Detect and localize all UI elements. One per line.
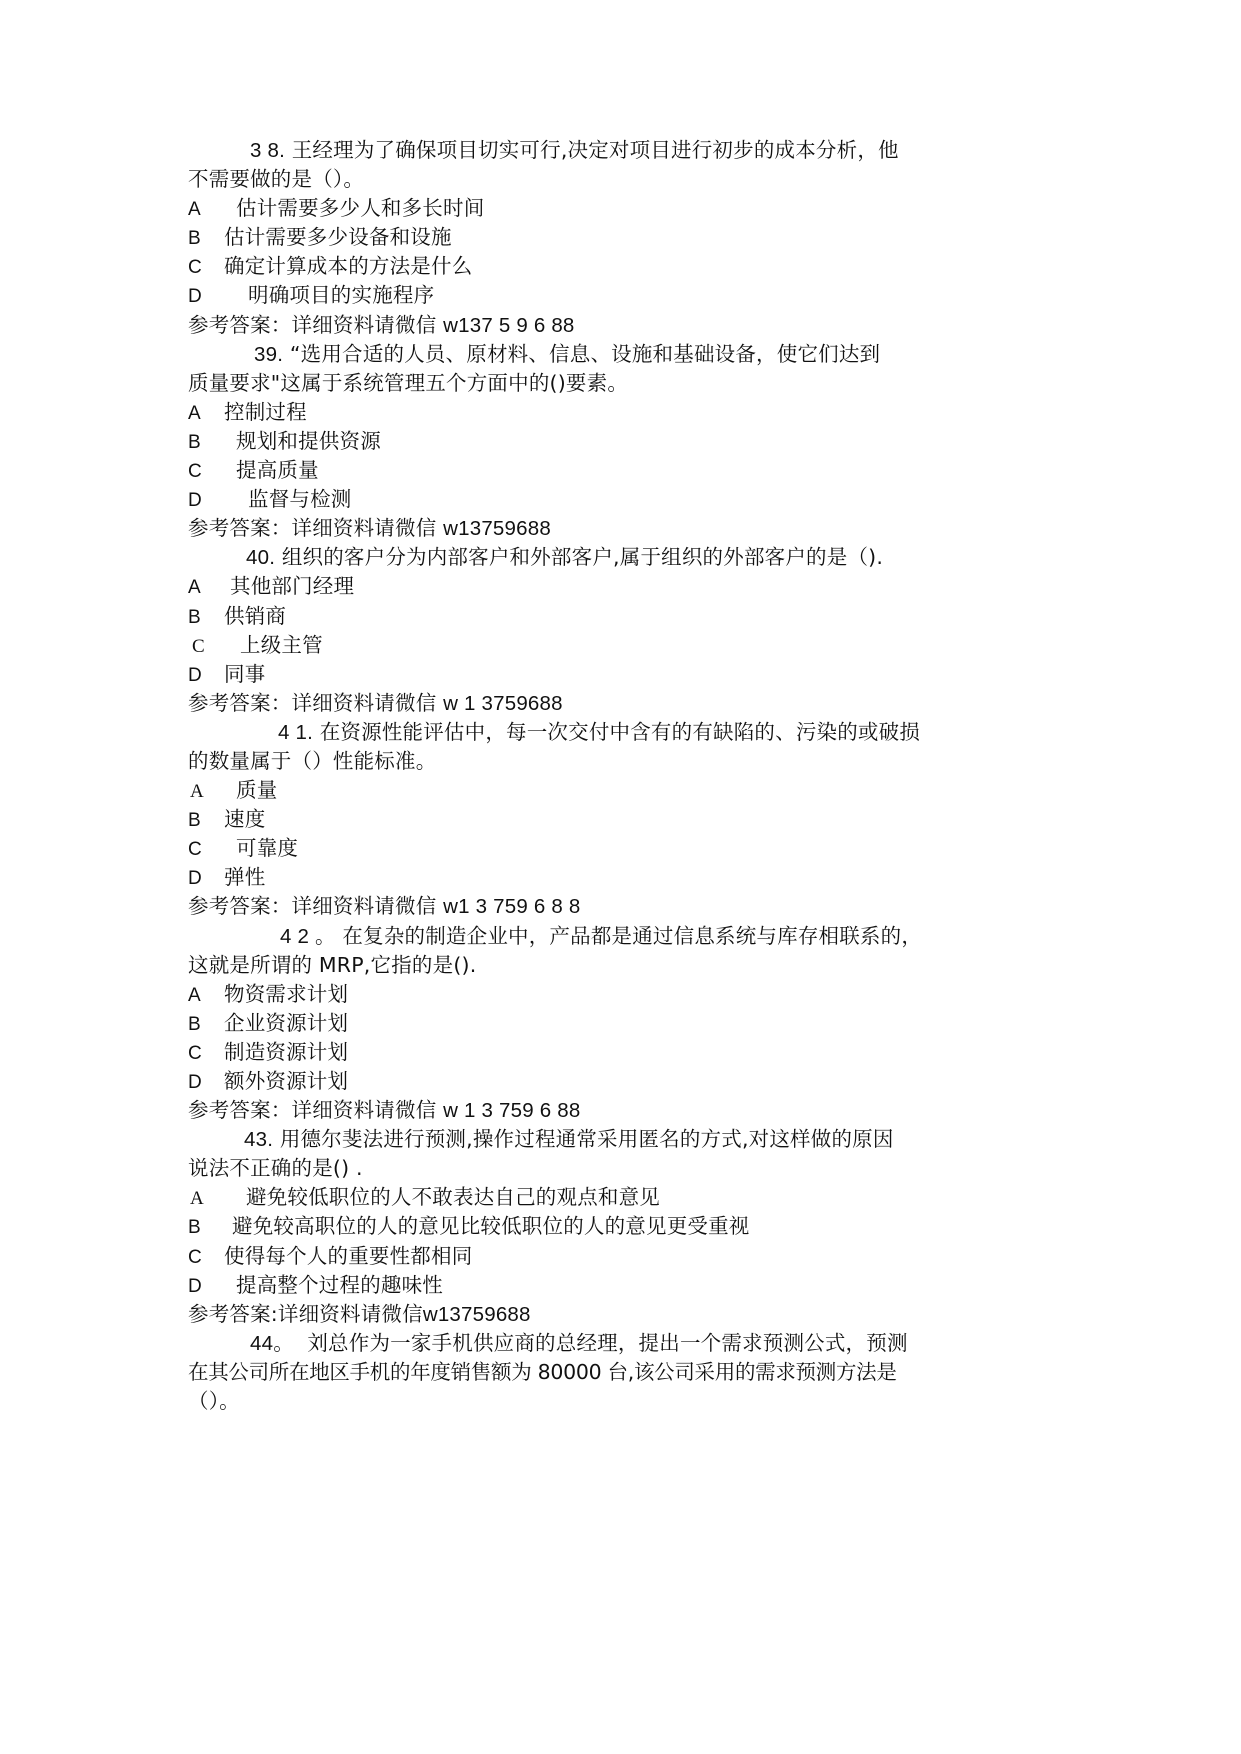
option-text: 物资需求计划 <box>224 982 348 1006</box>
option-d: D监督与检测 <box>188 485 1058 514</box>
question-42: 4 2 。 在复杂的制造企业中，产品都是通过信息系统与库存相联系的， 这就是所谓… <box>188 922 1058 1126</box>
option-letter: B <box>188 603 224 632</box>
option-text: 上级主管 <box>240 633 323 657</box>
question-43: 43. 用德尔斐法进行预测,操作过程通常采用匿名的方式,对这样做的原因 说法不正… <box>188 1125 1058 1329</box>
option-text: 控制过程 <box>224 400 307 424</box>
option-text: 避免较高职位的人的意见比较低职位的人的意见更受重视 <box>232 1214 750 1238</box>
option-d: D弹性 <box>188 863 1058 892</box>
option-letter: B <box>188 428 236 457</box>
option-letter: D <box>188 864 224 893</box>
option-letter: A <box>188 573 230 602</box>
option-d: D额外资源计划 <box>188 1067 1058 1096</box>
question-number: 4 1. <box>278 721 313 744</box>
option-c: C制造资源计划 <box>188 1038 1058 1067</box>
option-text: 其他部门经理 <box>230 574 354 598</box>
option-text: 估计需要多少设备和设施 <box>224 225 452 249</box>
question-40: 40. 组织的客户分为内部客户和外部客户,属于组织的外部客户的是（). A其他部… <box>188 543 1058 718</box>
question-stem-line: 在其公司所在地区手机的年度销售额为 80000 台,该公司采用的需求预测方法是 <box>188 1358 1058 1387</box>
question-text: 刘总作为一家手机供应商的总经理，提出一个需求预测公式，预测 <box>307 1331 907 1355</box>
option-d: D明确项目的实施程序 <box>188 281 1058 310</box>
option-text: 估计需要多少人和多长时间 <box>236 196 484 220</box>
option-b: B速度 <box>188 805 1058 834</box>
answer-label: 参考答案:详细资料请微信 <box>188 1302 423 1326</box>
option-text: 提高整个过程的趣味性 <box>236 1273 443 1297</box>
question-text: 在复杂的制造企业中，产品都是通过信息系统与库存相联系的， <box>342 924 922 948</box>
option-text: 明确项目的实施程序 <box>248 283 434 307</box>
option-letter: C <box>188 632 240 661</box>
question-44: 44。 刘总作为一家手机供应商的总经理，提出一个需求预测公式，预测 在其公司所在… <box>188 1329 1058 1416</box>
answer-label: 参考答案：详细资料请微信 <box>188 1098 436 1122</box>
option-letter: D <box>188 282 248 311</box>
option-letter: D <box>188 661 224 690</box>
option-a: A物资需求计划 <box>188 980 1058 1009</box>
question-stem-line: 的数量属于（）性能标准。 <box>188 747 1058 776</box>
answer-value: w13759688 <box>423 1303 531 1326</box>
answer-value: w137 5 9 6 88 <box>443 314 574 337</box>
option-text: 使得每个人的重要性都相同 <box>224 1244 472 1268</box>
option-text: 避免较低职位的人不敢表达自己的观点和意见 <box>246 1185 660 1209</box>
reference-answer: 参考答案：详细资料请微信 w1 3 759 6 8 8 <box>188 892 1058 921</box>
question-stem-line: 4 1. 在资源性能评估中，每一次交付中含有的有缺陷的、污染的或破损 <box>188 718 1058 747</box>
option-a: A其他部门经理 <box>188 572 1058 601</box>
question-stem-line: 44。 刘总作为一家手机供应商的总经理，提出一个需求预测公式，预测 <box>188 1329 1058 1358</box>
option-b: B规划和提供资源 <box>188 427 1058 456</box>
option-c: C可靠度 <box>188 834 1058 863</box>
document-page: 3 8. 王经理为了确保项目切实可行,决定对项目进行初步的成本分析，他 不需要做… <box>188 136 1058 1416</box>
option-text: 提高质量 <box>236 458 319 482</box>
option-text: 速度 <box>224 807 265 831</box>
question-stem-line: 4 2 。 在复杂的制造企业中，产品都是通过信息系统与库存相联系的， <box>188 922 1058 951</box>
reference-answer: 参考答案：详细资料请微信 w 1 3759688 <box>188 689 1058 718</box>
option-text: 弹性 <box>224 865 265 889</box>
option-letter: B <box>188 224 224 253</box>
question-text: 在资源性能评估中，每一次交付中含有的有缺陷的、污染的或破损 <box>320 720 920 744</box>
question-text: 用德尔斐法进行预测,操作过程通常采用匿名的方式,对这样做的原因 <box>280 1127 894 1151</box>
option-letter: D <box>188 1068 224 1097</box>
option-text: 企业资源计划 <box>224 1011 348 1035</box>
option-text: 可靠度 <box>236 836 298 860</box>
question-41: 4 1. 在资源性能评估中，每一次交付中含有的有缺陷的、污染的或破损 的数量属于… <box>188 718 1058 922</box>
option-letter: A <box>188 777 236 806</box>
option-b: B供销商 <box>188 602 1058 631</box>
question-39: 39. “选用合适的人员、原材料、信息、设施和基础设备，使它们达到 质量要求"这… <box>188 340 1058 544</box>
option-b: B避免较高职位的人的意见比较低职位的人的意见更受重视 <box>188 1212 1058 1241</box>
question-stem-line: 43. 用德尔斐法进行预测,操作过程通常采用匿名的方式,对这样做的原因 <box>188 1125 1058 1154</box>
question-stem-line: 说法不正确的是() . <box>188 1154 1058 1183</box>
reference-answer: 参考答案:详细资料请微信w13759688 <box>188 1300 1058 1329</box>
option-d: D提高整个过程的趣味性 <box>188 1271 1058 1300</box>
reference-answer: 参考答案：详细资料请微信 w 1 3 759 6 88 <box>188 1096 1058 1125</box>
question-stem-line: 质量要求"这属于系统管理五个方面中的()要素。 <box>188 369 1058 398</box>
option-letter: C <box>188 457 236 486</box>
option-a: A避免较低职位的人不敢表达自己的观点和意见 <box>188 1183 1058 1212</box>
question-stem-line: 40. 组织的客户分为内部客户和外部客户,属于组织的外部客户的是（). <box>188 543 1058 572</box>
answer-value: w13759688 <box>443 517 551 540</box>
question-stem-line: 这就是所谓的 MRP,它指的是(). <box>188 951 1058 980</box>
option-letter: C <box>188 1243 224 1272</box>
answer-label: 参考答案：详细资料请微信 <box>188 691 436 715</box>
question-number: 4 2 。 <box>280 925 336 948</box>
question-number: 3 8. <box>250 139 285 162</box>
question-stem-line: （）。 <box>188 1387 1058 1416</box>
option-c: C确定计算成本的方法是什么 <box>188 252 1058 281</box>
answer-label: 参考答案：详细资料请微信 <box>188 894 436 918</box>
option-letter: D <box>188 486 248 515</box>
answer-value: w 1 3759688 <box>443 692 563 715</box>
option-letter: C <box>188 253 224 282</box>
option-text: 质量 <box>236 778 277 802</box>
option-b: B企业资源计划 <box>188 1009 1058 1038</box>
option-text: 确定计算成本的方法是什么 <box>224 254 472 278</box>
option-letter: D <box>188 1272 236 1301</box>
question-number: 39. <box>254 343 283 366</box>
option-letter: C <box>188 835 236 864</box>
question-text: “选用合适的人员、原材料、信息、设施和基础设备，使它们达到 <box>290 342 880 366</box>
question-stem-line: 不需要做的是（）。 <box>188 165 1058 194</box>
option-a: A估计需要多少人和多长时间 <box>188 194 1058 223</box>
reference-answer: 参考答案：详细资料请微信 w137 5 9 6 88 <box>188 311 1058 340</box>
option-letter: A <box>188 1184 246 1213</box>
question-text: 王经理为了确保项目切实可行,决定对项目进行初步的成本分析，他 <box>292 138 899 162</box>
reference-answer: 参考答案：详细资料请微信 w13759688 <box>188 514 1058 543</box>
option-letter: C <box>188 1039 224 1068</box>
answer-label: 参考答案：详细资料请微信 <box>188 516 436 540</box>
option-text: 供销商 <box>224 604 286 628</box>
option-text: 监督与检测 <box>248 487 352 511</box>
option-text: 额外资源计划 <box>224 1069 348 1093</box>
option-letter: B <box>188 1010 224 1039</box>
option-c: C上级主管 <box>188 631 1058 660</box>
option-a: A质量 <box>188 776 1058 805</box>
question-number: 44。 <box>250 1332 294 1355</box>
question-number: 40. <box>246 546 275 569</box>
option-text: 同事 <box>224 662 265 686</box>
option-letter: A <box>188 195 236 224</box>
option-d: D同事 <box>188 660 1058 689</box>
option-letter: A <box>188 981 224 1010</box>
option-letter: B <box>188 806 224 835</box>
question-38: 3 8. 王经理为了确保项目切实可行,决定对项目进行初步的成本分析，他 不需要做… <box>188 136 1058 340</box>
answer-value: w1 3 759 6 8 8 <box>443 895 580 918</box>
option-c: C提高质量 <box>188 456 1058 485</box>
option-text: 规划和提供资源 <box>236 429 381 453</box>
question-text: 组织的客户分为内部客户和外部客户,属于组织的外部客户的是（). <box>282 545 883 569</box>
question-stem-line: 3 8. 王经理为了确保项目切实可行,决定对项目进行初步的成本分析，他 <box>188 136 1058 165</box>
option-text: 制造资源计划 <box>224 1040 348 1064</box>
option-a: A控制过程 <box>188 398 1058 427</box>
option-c: C使得每个人的重要性都相同 <box>188 1242 1058 1271</box>
option-letter: A <box>188 399 224 428</box>
answer-value: w 1 3 759 6 88 <box>443 1099 580 1122</box>
option-letter: B <box>188 1213 232 1242</box>
question-number: 43. <box>244 1128 273 1151</box>
question-stem-line: 39. “选用合适的人员、原材料、信息、设施和基础设备，使它们达到 <box>188 340 1058 369</box>
option-b: B估计需要多少设备和设施 <box>188 223 1058 252</box>
answer-label: 参考答案：详细资料请微信 <box>188 313 436 337</box>
